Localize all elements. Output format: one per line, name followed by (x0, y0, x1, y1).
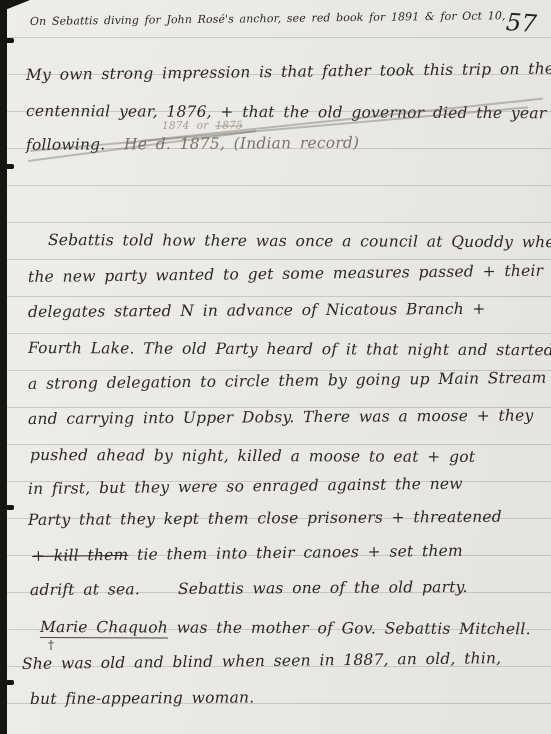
pencil-annotation-kept: 1874 or (162, 120, 215, 132)
notebook-page-scan: On Sebattis diving for John Rosé's ancho… (0, 0, 551, 734)
dagger-mark: † (48, 638, 54, 652)
council-closing-2: Sebattis was one of the old party. (178, 578, 468, 598)
binding-edge (0, 0, 7, 734)
council-line: Party that they kept them close prisoner… (28, 508, 502, 529)
council-line: Fourth Lake. The old Party heard of it t… (28, 339, 551, 359)
struck-words: + kill them (32, 546, 129, 565)
council-line: delegates started N in advance of Nicato… (28, 300, 486, 321)
binding-stub (7, 38, 14, 43)
council-line: Sebattis told how there was once a counc… (48, 231, 551, 251)
council-line: pushed ahead by night, killed a moose to… (30, 446, 475, 466)
binding-stub (7, 505, 14, 510)
marie-line-text: was the mother of Gov. Sebattis Mitchell… (168, 619, 531, 639)
marie-line: Marie Chaquoh was the mother of Gov. Seb… (40, 618, 531, 638)
marie-line: but fine-appearing woman. (30, 688, 254, 708)
underlined-name: Marie Chaquoh (40, 618, 168, 639)
binding-stub (7, 164, 14, 169)
binding-stub (7, 680, 14, 685)
page-number: 57 (505, 8, 538, 38)
scan-corner-shadow (0, 0, 30, 12)
council-line: adrift at sea.Sebattis was one of the ol… (30, 578, 468, 599)
council-line: and carrying into Upper Dobsy. There was… (28, 406, 534, 428)
council-closing-1: adrift at sea. (30, 580, 140, 599)
